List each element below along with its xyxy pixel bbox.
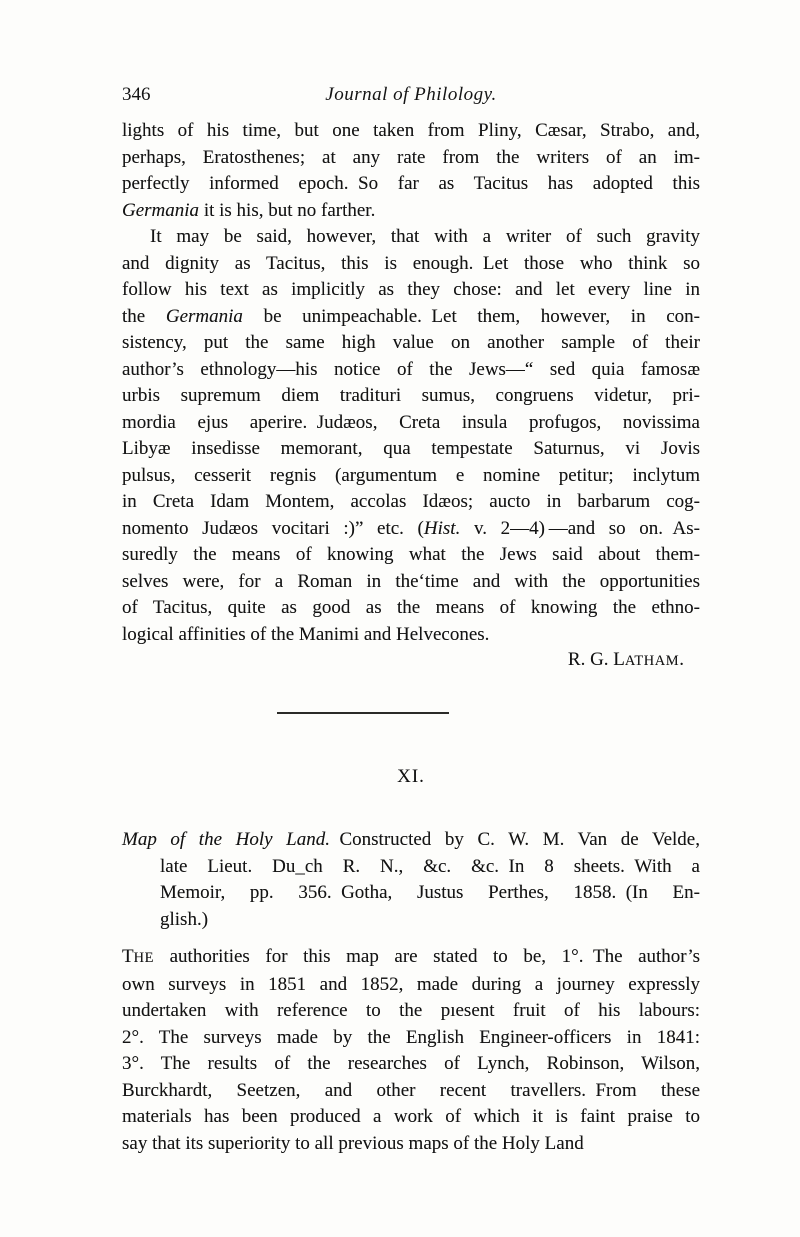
text-line: perhaps, Eratosthenes; at any rate from … bbox=[122, 145, 700, 172]
text-line: in Creta Idam Montem, accolas Idæos; auc… bbox=[122, 489, 700, 516]
text-line: selves were, for a Roman in the‘time and… bbox=[122, 569, 700, 596]
text-line: mordia ejus aperire. Judæos, Creta insul… bbox=[122, 410, 700, 437]
text-line: THE authorities for this map are stated … bbox=[122, 944, 700, 972]
text-line: undertaken with reference to the pıesent… bbox=[122, 998, 700, 1025]
text-line: the Germania be unimpeachable. Let them,… bbox=[122, 304, 700, 331]
section-divider-rule bbox=[277, 712, 449, 714]
text-line: nomento Judæos vocitari :)” etc. (Hist. … bbox=[122, 516, 700, 543]
text-line: Memoir, pp. 356. Gotha, Justus Perthes, … bbox=[160, 880, 700, 907]
text-line: Libyæ insedisse memorant, qua tempestate… bbox=[122, 436, 700, 463]
review-paragraph-1: THE authorities for this map are stated … bbox=[122, 944, 700, 1157]
text-line: Burckhardt, Seetzen, and other recent tr… bbox=[122, 1078, 700, 1105]
text-line: 2°. The surveys made by the English Engi… bbox=[122, 1025, 700, 1052]
article-paragraph-1: lights of his time, but one taken from P… bbox=[122, 118, 700, 224]
journal-title: Journal of Philology. bbox=[122, 84, 700, 106]
text-line: perfectly informed epoch. So far as Taci… bbox=[122, 171, 700, 198]
bibliographic-entry: Map of the Holy Land. Constructed by C. … bbox=[122, 827, 700, 933]
text-line: say that its superiority to all previous… bbox=[122, 1131, 700, 1158]
text-line: 3°. The results of the researches of Lyn… bbox=[122, 1051, 700, 1078]
text-line: own surveys in 1851 and 1852, made durin… bbox=[122, 972, 700, 999]
text-line: materials has been produced a work of wh… bbox=[122, 1104, 700, 1131]
text-line: suredly the means of knowing what the Je… bbox=[122, 542, 700, 569]
scanned-page: 346 Journal of Philology. lights of his … bbox=[0, 0, 800, 1237]
text-line: lights of his time, but one taken from P… bbox=[122, 118, 700, 145]
text-line: author’s ethnology—his notice of the Jew… bbox=[122, 357, 700, 384]
text-line: and dignity as Tacitus, this is enough. … bbox=[122, 251, 700, 278]
author-signature: R. G. LATHAM. bbox=[122, 647, 700, 675]
text-line: sistency, put the same high value on ano… bbox=[122, 330, 700, 357]
text-line: It may be said, however, that with a wri… bbox=[122, 224, 700, 251]
text-line: urbis supremum diem tradituri sumus, con… bbox=[122, 383, 700, 410]
page-header: 346 Journal of Philology. bbox=[122, 84, 700, 110]
text-line: R. G. LATHAM. bbox=[122, 647, 684, 675]
text-line: logical affinities of the Manimi and Hel… bbox=[122, 622, 700, 649]
section-heading-xi: XI. bbox=[122, 766, 700, 788]
text-line: late Lieut. Du_ch R. N., &c. &c. In 8 sh… bbox=[160, 854, 700, 881]
text-line: follow his text as implicitly as they ch… bbox=[122, 277, 700, 304]
article-paragraph-2: It may be said, however, that with a wri… bbox=[122, 224, 700, 648]
text-line: pulsus, cesserit regnis (argumentum e no… bbox=[122, 463, 700, 490]
text-line: of Tacitus, quite as good as the means o… bbox=[122, 595, 700, 622]
text-line: glish.) bbox=[160, 907, 700, 934]
text-line: Germania it is his, but no farther. bbox=[122, 198, 700, 225]
text-line: Map of the Holy Land. Constructed by C. … bbox=[122, 827, 700, 854]
